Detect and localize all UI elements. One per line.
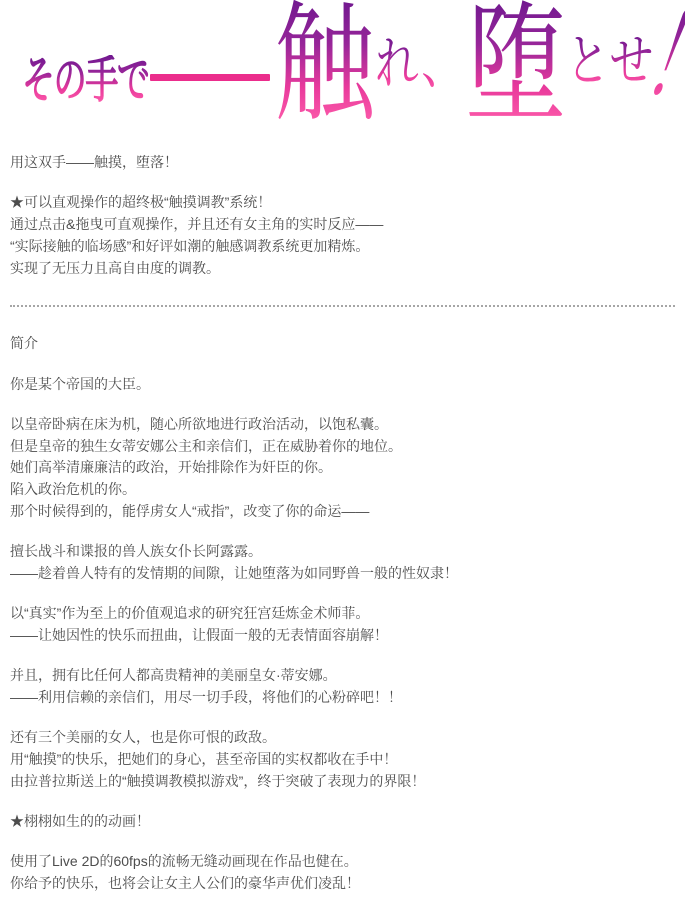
body-line: 但是皇帝的独生女蒂安娜公主和亲信们，正在威胁着你的地位。	[10, 436, 675, 458]
body-line: 那个时候得到的，能俘虏女人“戒指”，改变了你的命运——	[10, 501, 675, 523]
title-dash-line	[150, 74, 270, 81]
tagline: 用这双手——触摸，堕落！	[10, 152, 675, 174]
body-line: 以皇帝卧病在床为机，随心所欲地进行政治活动，以饱私囊。	[10, 414, 675, 436]
body-line: ——趁着兽人特有的发情期的间隙，让她堕落为如同野兽一般的性奴隶！	[10, 563, 675, 585]
animation-heading: ★栩栩如生的的动画！	[10, 811, 675, 833]
synopsis-paragraph-7: 使用了Live 2D的60fps的流畅无缝动画现在作品也健在。 你给予的快乐，也…	[10, 851, 675, 895]
feature-line: “实际接触的临场感”和好评如潮的触感调教系统更加精炼。	[10, 236, 675, 258]
body-line: ——让她因性的快乐而扭曲，让假面一般的无表情面容崩解！	[10, 625, 675, 647]
body-line: 使用了Live 2D的60fps的流畅无缝动画现在作品也健在。	[10, 851, 675, 873]
title-mid-text-2: とせ	[566, 34, 653, 90]
synopsis-heading-paragraph: 简介	[10, 333, 675, 355]
game-description-page: その手で 触 れ、 堕 とせ ！ 用这双手——触摸，堕落！ ★可以直观操作的超终…	[0, 0, 685, 895]
body-line: 她们高举清廉廉洁的政治，开始排除作为奸臣的你。	[10, 457, 675, 479]
title-big-char-2: 堕	[465, 0, 566, 129]
title-mid-text-1: れ、	[375, 37, 465, 93]
feature-line: 实现了无压力且高自由度的调教。	[10, 258, 675, 280]
body-line: 用“触摸”的快乐，把她们的身心，甚至帝国的实权都收在手中！	[10, 749, 675, 771]
synopsis-paragraph-1: 你是某个帝国的大臣。	[10, 374, 675, 396]
feature-paragraph: ★可以直观操作的超终极“触摸调教”系统！ 通过点击&拖曳可直观操作，并且还有女主…	[10, 192, 675, 279]
body-line: 你是某个帝国的大臣。	[10, 374, 675, 396]
synopsis-paragraph-6: 还有三个美丽的女人，也是你可恨的政敌。 用“触摸”的快乐，把她们的身心，甚至帝国…	[10, 727, 675, 792]
tagline-paragraph: 用这双手——触摸，堕落！	[10, 152, 675, 174]
synopsis-paragraph-4: 以“真实”作为至上的价值观追求的研究狂宫廷炼金术师菲。 ——让她因性的快乐而扭曲…	[10, 603, 675, 647]
body-line: 擅长战斗和谍报的兽人族女仆长阿露露。	[10, 541, 675, 563]
synopsis-paragraph-2: 以皇帝卧病在床为机，随心所欲地进行政治活动，以饱私囊。 但是皇帝的独生女蒂安娜公…	[10, 414, 675, 523]
body-line: 还有三个美丽的女人，也是你可恨的政敌。	[10, 727, 675, 749]
body-line: 你给予的快乐，也将会让女主人公们的豪华声优们凌乱！	[10, 873, 675, 895]
feature-line: 通过点击&拖曳可直观操作，并且还有女主角的实时反应——	[10, 214, 675, 236]
title-big-char-1: 触	[274, 0, 375, 129]
animation-heading-paragraph: ★栩栩如生的的动画！	[10, 811, 675, 833]
body-line: 以“真实”作为至上的价值观追求的研究狂宫廷炼金术师菲。	[10, 603, 675, 625]
game-title-banner: その手で 触 れ、 堕 とせ ！	[0, 0, 685, 132]
body-line: 并且，拥有比任何人都高贵精神的美丽皇女·蒂安娜。	[10, 665, 675, 687]
body-line: ——利用信赖的亲信们，用尽一切手段，将他们的心粉碎吧！！	[10, 687, 675, 709]
body-line: 陷入政治危机的你。	[10, 479, 675, 501]
section-divider	[10, 305, 675, 307]
body-line: 由拉普拉斯送上的“触摸调教模拟游戏”，终于突破了表现力的界限！	[10, 771, 675, 793]
feature-heading: ★可以直观操作的超终极“触摸调教”系统！	[10, 192, 675, 214]
synopsis-paragraph-5: 并且，拥有比任何人都高贵精神的美丽皇女·蒂安娜。 ——利用信赖的亲信们，用尽一切…	[10, 665, 675, 709]
synopsis-paragraph-3: 擅长战斗和谍报的兽人族女仆长阿露露。 ——趁着兽人特有的发情期的间隙，让她堕落为…	[10, 541, 675, 585]
synopsis-heading: 简介	[10, 333, 675, 355]
description-content: 用这双手——触摸，堕落！ ★可以直观操作的超终极“触摸调教”系统！ 通过点击&拖…	[0, 132, 685, 895]
title-prefix: その手で	[22, 55, 149, 105]
